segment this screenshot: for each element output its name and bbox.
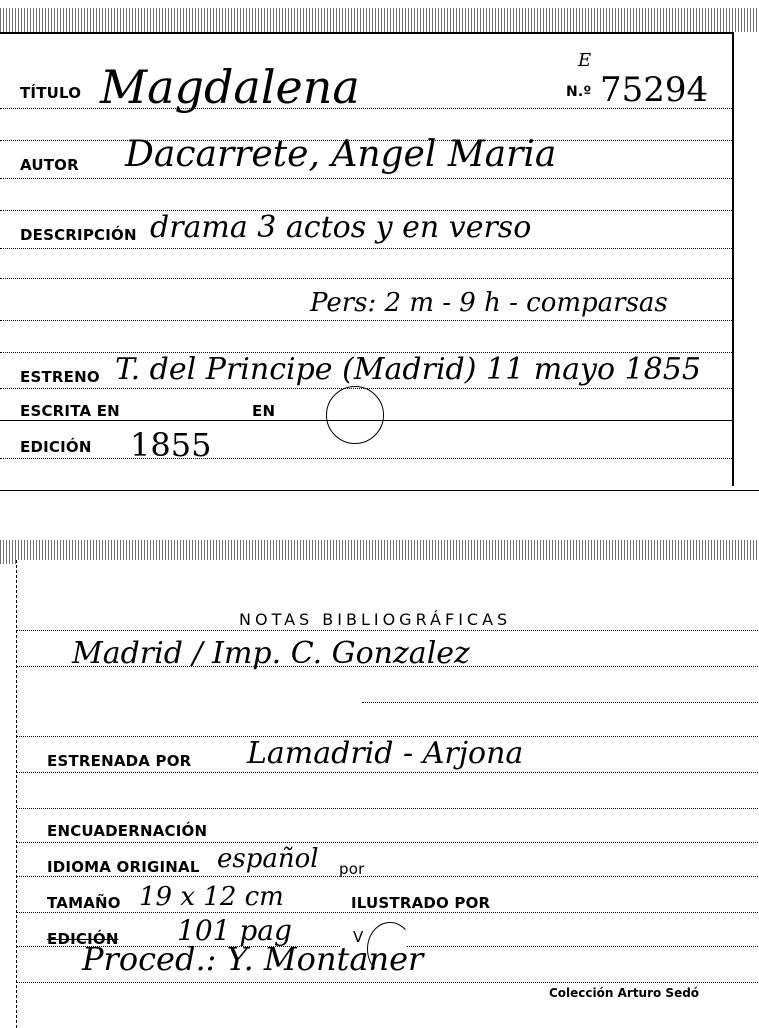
catalog-card-back: NOTAS BIBLIOGRÁFICAS Madrid / Imp. C. Go… xyxy=(16,560,759,1028)
encuadernacion-label: ENCUADERNACIÓN xyxy=(47,822,207,840)
descripcion-value-line2: Pers: 2 m - 9 h - comparsas xyxy=(310,288,668,318)
collection-footer: Colección Arturo Sedó xyxy=(549,986,699,1000)
card-front-bottom-edge xyxy=(0,490,759,491)
escrita-en-label: ESCRITA EN xyxy=(20,402,120,420)
rule-b4 xyxy=(17,808,759,809)
numero-label: N.º xyxy=(566,84,592,100)
numero-value: 75294 xyxy=(600,70,708,110)
rule-titulo xyxy=(0,108,732,109)
rule-descripcion xyxy=(0,248,732,249)
procedencia-value: Proced.: Y. Montaner xyxy=(82,940,423,978)
rule-4 xyxy=(0,320,732,321)
rule-autor xyxy=(0,178,732,179)
estrenada-por-label: ESTRENADA POR xyxy=(47,752,191,770)
stamp-circle xyxy=(326,386,384,444)
idioma-original-label: IDIOMA ORIGINAL xyxy=(47,858,200,876)
rule-estrenada xyxy=(17,772,759,773)
ilustrado-por-label: ILUSTRADO POR xyxy=(351,894,490,912)
titulo-label: TÍTULO xyxy=(20,84,81,102)
titulo-value: Magdalena xyxy=(100,60,360,114)
rule-idioma xyxy=(17,876,759,877)
scan-noise-top xyxy=(0,8,759,32)
catalog-card-front: TÍTULO Magdalena N.º E 75294 AUTOR Dacar… xyxy=(0,32,734,486)
estrenada-por-value: Lamadrid - Arjona xyxy=(247,736,523,771)
rule-tamano xyxy=(17,912,759,913)
rule-edicion xyxy=(0,458,732,459)
descripcion-value: drama 3 actos y en verso xyxy=(150,210,531,245)
idioma-original-value: español xyxy=(217,844,319,874)
rule-procedencia xyxy=(17,982,759,983)
edicion-label: EDICIÓN xyxy=(20,438,92,456)
autor-label: AUTOR xyxy=(20,156,79,174)
tamano-label: TAMAÑO xyxy=(47,894,121,912)
numero-prefix: E xyxy=(578,50,591,71)
rule-encuadernacion xyxy=(17,842,759,843)
tamano-value: 19 x 12 cm xyxy=(139,882,284,912)
descripcion-label: DESCRIPCIÓN xyxy=(20,226,137,244)
rule-b2 xyxy=(362,702,759,703)
autor-value: Dacarrete, Angel Maria xyxy=(125,134,556,175)
rule-3 xyxy=(0,278,732,279)
notas-heading: NOTAS BIBLIOGRÁFICAS xyxy=(239,610,511,629)
escrita-en-label2: EN xyxy=(252,402,275,420)
rule-notas xyxy=(17,630,759,631)
estreno-label: ESTRENO xyxy=(20,368,100,386)
rule-edicion-back xyxy=(407,946,759,947)
estreno-value: T. del Principe (Madrid) 11 mayo 1855 xyxy=(115,352,701,387)
rule-b1 xyxy=(17,666,759,667)
